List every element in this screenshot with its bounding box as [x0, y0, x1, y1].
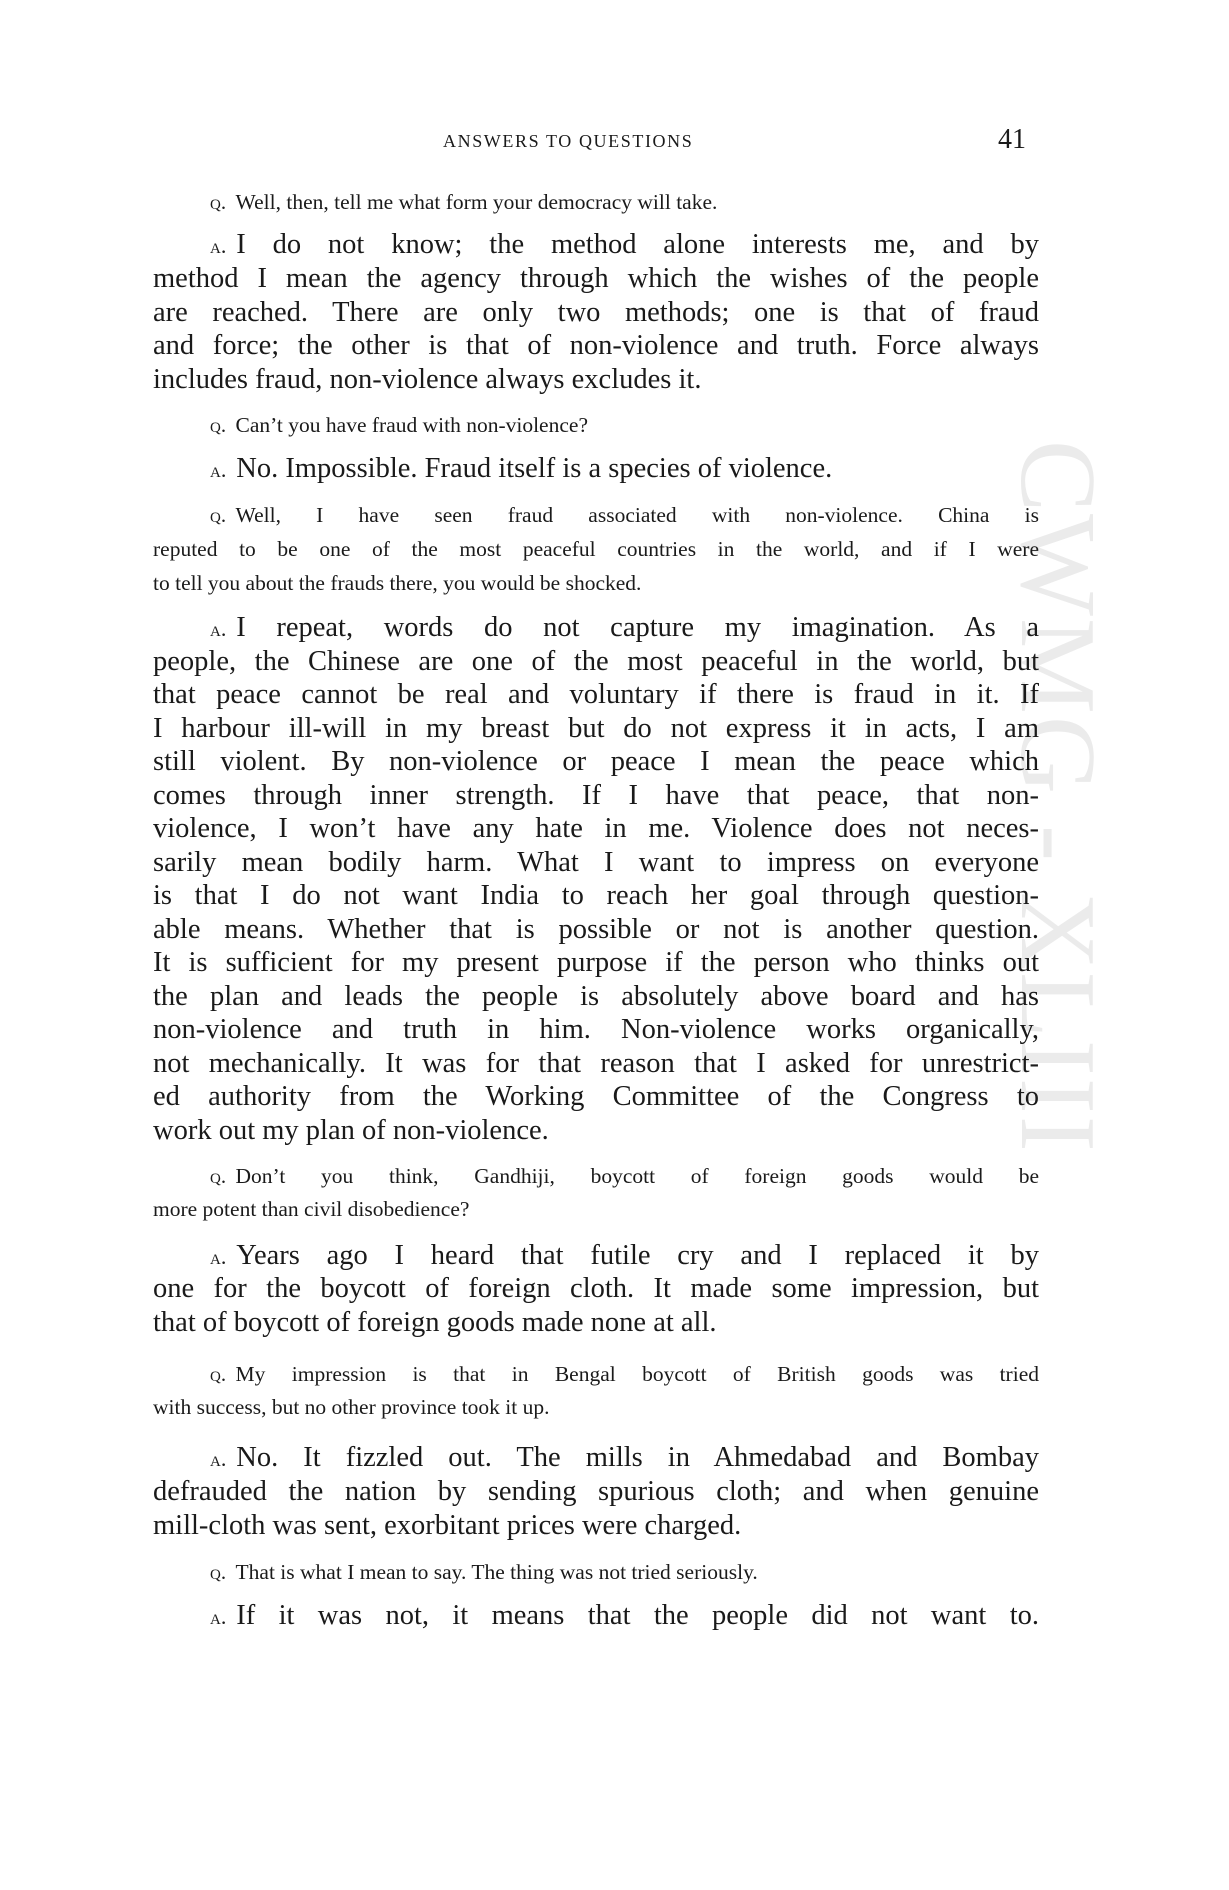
answer-line: A.I do not know; the method alone intere… [210, 228, 1039, 262]
question-label: Q. [210, 1164, 226, 1188]
question-line: to tell you about the frauds there, you … [153, 569, 1039, 597]
answer-line: able means. Whether that is possible or … [153, 913, 1039, 947]
question-label: Q. [210, 413, 226, 437]
answer-line: I harbour ill-will in my breast but do n… [153, 712, 1039, 746]
question-label: Q. [210, 1362, 226, 1386]
question-line: reputed to be one of the most peaceful c… [153, 535, 1039, 563]
answer-line: are reached. There are only two methods;… [153, 296, 1039, 330]
answer-line: violence, I won’t have any hate in me. V… [153, 812, 1039, 846]
answer-line: non-violence and truth in him. Non-viole… [153, 1013, 1039, 1047]
answer-line: people, the Chinese are one of the most … [153, 645, 1039, 679]
answer-line: A.Years ago I heard that futile cry and … [210, 1239, 1039, 1273]
answer-label: A. [210, 616, 226, 641]
answer-line: and force; the other is that of non-viol… [153, 329, 1039, 363]
question-line: more potent than civil disobedience? [153, 1195, 1039, 1223]
answer-label: A. [210, 1244, 226, 1269]
answer-line: It is sufficient for my present purpose … [153, 946, 1039, 980]
answer-label: A. [210, 1604, 226, 1629]
answer-line: A.No. It fizzled out. The mills in Ahmed… [210, 1441, 1039, 1475]
question-label: Q. [210, 1560, 226, 1584]
question-label: Q. [210, 190, 226, 214]
answer-label: A. [210, 457, 226, 482]
question-line: with success, but no other province took… [153, 1393, 1039, 1421]
document-page: CWMG - XLIII ANSWERS TO QUESTIONS 41 Q.W… [0, 0, 1229, 1890]
answer-line: A.No. Impossible. Fraud itself is a spec… [210, 452, 1039, 486]
answer-line: that of boycott of foreign goods made no… [153, 1306, 1039, 1340]
answer-line: ed authority from the Working Committee … [153, 1080, 1039, 1114]
question-line: Q.My impression is that in Bengal boycot… [210, 1360, 1039, 1388]
answer-line: defrauded the nation by sending spurious… [153, 1475, 1039, 1509]
question-label: Q. [210, 503, 226, 527]
answer-line: includes fraud, non-violence always excl… [153, 363, 1039, 397]
question-line: Q.Well, then, tell me what form your dem… [210, 188, 1039, 216]
answer-line: that peace cannot be real and voluntary … [153, 678, 1039, 712]
running-head: ANSWERS TO QUESTIONS [443, 131, 693, 152]
question-line: Q.Well, I have seen fraud associated wit… [210, 501, 1039, 529]
answer-label: A. [210, 1446, 226, 1471]
answer-line: method I mean the agency through which t… [153, 262, 1039, 296]
answer-line: one for the boycott of foreign cloth. It… [153, 1272, 1039, 1306]
question-line: Q.That is what I mean to say. The thing … [210, 1558, 1039, 1586]
answer-line: mill-cloth was sent, exorbitant prices w… [153, 1509, 1039, 1543]
answer-line: is that I do not want India to reach her… [153, 879, 1039, 913]
question-line: Q.Don’t you think, Gandhiji, boycott of … [210, 1162, 1039, 1190]
answer-line: A.I repeat, words do not capture my imag… [210, 611, 1039, 645]
answer-label: A. [210, 233, 226, 258]
answer-line: comes through inner strength. If I have … [153, 779, 1039, 813]
page-number: 41 [998, 124, 1026, 156]
answer-line: still violent. By non-violence or peace … [153, 745, 1039, 779]
answer-line: work out my plan of non-violence. [153, 1114, 1039, 1148]
answer-line: not mechanically. It was for that reason… [153, 1047, 1039, 1081]
answer-line: A.If it was not, it means that the peopl… [210, 1599, 1039, 1633]
answer-line: the plan and leads the people is absolut… [153, 980, 1039, 1014]
answer-line: sarily mean bodily harm. What I want to … [153, 846, 1039, 880]
question-line: Q.Can’t you have fraud with non-violence… [210, 411, 1039, 439]
